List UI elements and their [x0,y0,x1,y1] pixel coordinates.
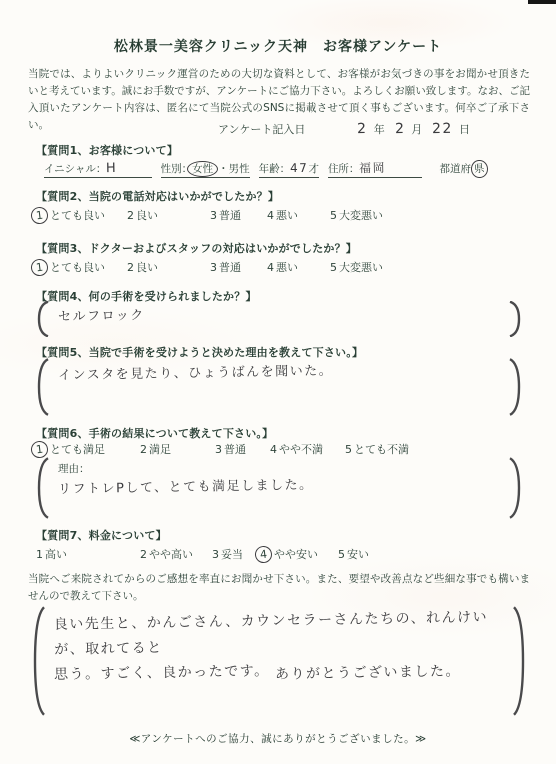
q2-option-3: 3普通 [210,207,267,223]
prefecture-suffix-plain: 都道府 [439,163,471,175]
option-label: 良い [136,207,158,223]
gender-field: 性別：女性・男性 [161,161,250,178]
answer-bracket-left [36,457,50,519]
q1-heading: 【質問1、お客様について】 [36,142,178,158]
q3-option-4: 4悪い [267,259,330,275]
q6-option-3: 3普通 [215,441,270,457]
q5-answer: インスタを見たり、ひょうばんを聞いた。 [58,360,333,384]
option-number: 2 [127,261,134,274]
q6-option-4: 4やや不満 [270,441,345,457]
option-label: とても満足 [50,441,105,457]
age-label: 年齢： [259,163,291,175]
gender-option-male: 男性 [229,163,250,175]
q2-heading: 【質問2、当院の電話対応はいかがでしたか？】 [36,188,279,204]
q3-options: 1とても良い 2良い 3普通 4悪い 5大変悪い [36,259,536,276]
date-month-unit: 月 [411,121,422,137]
option-number: 3 [215,443,222,456]
option-number: 3 [210,209,217,222]
q7-option-4: 4やや安い [260,546,338,563]
option-label: 普通 [219,259,241,275]
q2-option-4: 4悪い [267,207,330,223]
option-number: 4 [267,209,274,222]
option-number: 2 [140,443,147,456]
option-label: 満足 [149,441,171,457]
survey-date-row: アンケート記入日 2 年 2 月 22 日 [218,121,480,137]
answer-bracket-left [36,358,50,416]
option-label: やや安い [274,546,318,562]
answer-bracket-right [508,457,522,519]
q4-answer-box: セルフロック [36,301,522,337]
footer-thanks: ≪アンケートへのご協力、誠にありがとうございました。≫ [0,731,556,746]
age-unit: 才 [308,163,319,175]
option-label: とても良い [50,259,105,275]
q6-reason-box: 理由： リフトレPして、とても満足しました。 [36,457,522,519]
option-number: 5 [330,209,337,222]
option-label: 大変悪い [339,259,383,275]
q4-answer: セルフロック [58,304,145,325]
date-year-value: 2 [357,121,368,137]
q6-options: 1とても満足 2満足 3普通 4やや不満 5とても不満 [36,441,536,458]
q2-options: 1とても良い 2良い 3普通 4悪い 5大変悪い [36,207,536,224]
q7-option-5: 5安い [338,546,369,562]
comments-prompt: 当院へご来院されてからのご感想を率直にお聞かせ下さい。また、要望や改善点など些細… [28,571,530,605]
initial-value: H [106,161,118,176]
option-label: 普通 [224,441,246,457]
q7-options: 1高い 2やや高い 3妥当 4やや安い 5安い [36,546,536,563]
q3-option-3: 3普通 [210,259,267,275]
comment-line: 良い先生と、かんごさん、カウンセラーさんたちの、れんけいが、取れてると [54,605,505,663]
q7-option-3: 3妥当 [212,546,260,562]
address-label: 住所： [328,163,360,175]
option-label: 安い [347,546,369,562]
date-day-value: 22 [432,121,453,137]
q7-option-2: 2やや高い [140,546,212,562]
option-number: 4 [267,261,274,274]
address-value: 福岡 [359,159,386,176]
survey-sheet: 松林景一美容クリニック天神 お客様アンケート 当院では、よりよいクリニック運営の… [0,0,556,764]
option-number: 2 [127,209,134,222]
answer-bracket-right [508,301,522,337]
date-month-value: 2 [395,121,406,137]
age-field: 年齢：47才 [259,161,319,178]
date-day-unit: 日 [459,121,470,137]
option-number: 3 [210,261,217,274]
comment-line: 思う。すごく、良かったです。 [54,659,270,688]
option-label: 悪い [276,259,298,275]
comments-box: 良い先生と、かんごさん、カウンセラーさんたちの、れんけいが、取れてると 思う。す… [32,605,526,717]
option-number: 5 [330,261,337,274]
answer-bracket-left [32,605,46,717]
prefecture-suffix: 都道府県 [439,160,487,178]
comment-line: ありがとうございました。 [274,659,460,687]
answer-bracket-right [512,605,526,717]
page-title: 松林景一美容クリニック天神 お客様アンケート [0,36,556,56]
option-label: 妥当 [221,546,243,562]
option-number: 3 [212,548,219,561]
date-label: アンケート記入日 [218,121,305,137]
q3-option-1: 1とても良い [36,259,127,276]
q1-fields-row: イニシャル：H 性別：女性・男性 年齢：47才 住所：福岡 都道府県 [44,159,536,178]
q5-answer-box: インスタを見たり、ひょうばんを聞いた。 [36,358,522,416]
option-number: 5 [345,443,352,456]
q2-option-5: 5大変悪い [330,207,383,223]
option-number: 5 [338,548,345,561]
option-label: 高い [45,546,67,562]
answer-bracket-left [36,301,50,337]
gender-dot: ・ [218,163,229,175]
q6-option-5: 5とても不満 [345,441,409,457]
q3-heading: 【質問3、ドクターおよびスタッフの対応はいかがでしたか？】 [36,240,357,256]
option-number: 1 [30,206,49,225]
q2-option-2: 2良い [127,207,210,223]
option-label: 普通 [219,207,241,223]
q3-option-5: 5大変悪い [330,259,383,275]
address-field: 住所：福岡 [328,159,423,178]
option-label: とても不満 [354,441,409,457]
q6-option-1: 1とても満足 [36,441,140,458]
q6-heading: 【質問6、手術の結果について教えて下さい。】 [36,425,273,441]
q3-option-2: 2良い [127,259,210,275]
q7-heading: 【質問7、料金について】 [36,527,167,543]
gender-option-female: 女性 [187,161,218,177]
q6-option-2: 2満足 [140,441,215,457]
option-label: やや不満 [279,441,323,457]
date-year-unit: 年 [374,121,385,137]
q6-reason-answer: リフトレPして、とても満足しました。 [58,474,314,497]
option-label: やや高い [149,546,193,562]
q2-option-1: 1とても良い [36,207,127,224]
initial-field: イニシャル：H [44,161,152,178]
answer-bracket-right [508,358,522,416]
prefecture-suffix-circled: 県 [470,159,488,178]
option-number: 1 [36,548,43,561]
option-number: 4 [270,443,277,456]
option-label: 良い [136,259,158,275]
option-label: 悪い [276,207,298,223]
initial-label: イニシャル： [44,163,106,175]
option-label: 大変悪い [339,207,383,223]
q7-option-1: 1高い [36,546,140,562]
option-number: 1 [30,258,49,277]
age-value: 47 [290,161,309,175]
option-label: とても良い [50,207,105,223]
option-number: 2 [140,548,147,561]
scan-artifact [528,0,556,4]
